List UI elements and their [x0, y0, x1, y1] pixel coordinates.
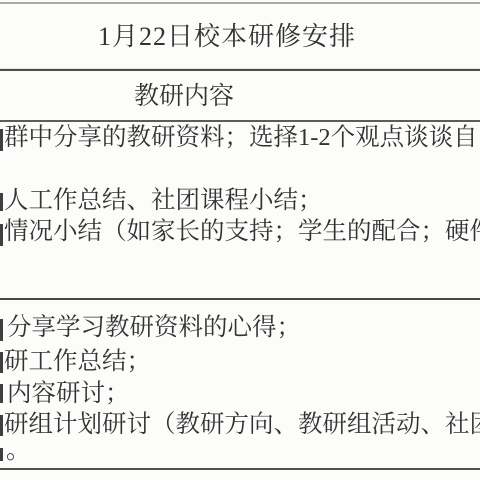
clipped-char-fragment [0, 352, 3, 373]
divider-bottom [0, 468, 480, 470]
clipped-char-fragment [0, 319, 3, 341]
clipped-char-fragment [0, 384, 3, 403]
clipped-char-fragment [0, 224, 3, 246]
row2-line5-period: 。 [6, 438, 31, 464]
divider-under-header [0, 120, 480, 122]
row2-line4: 研组计划研讨（教研方向、教研组活动、社团 [4, 412, 480, 438]
row1-line1: 群中分享的教研资料；选择1-2个观点谈谈自 [4, 125, 478, 151]
clipped-char-fragment [0, 129, 3, 151]
document-table-crop: 1月22日校本研修安排 教研内容 群中分享的教研资料；选择1-2个观点谈谈自 人… [0, 0, 480, 480]
clipped-char-fragment [0, 193, 3, 211]
row2-line2: 研工作总结； [4, 349, 151, 375]
column-header-research-content: 教研内容 [134, 84, 234, 110]
page-title: 1月22日校本研修安排 [0, 23, 454, 52]
row1-line3: 情况小结（如家长的支持；学生的配合；硬件 [4, 219, 480, 245]
row1-line2: 人工作总结、社团课程小结； [4, 188, 323, 214]
divider-between-rows [0, 298, 480, 300]
divider-under-title [0, 68, 480, 71]
clipped-char-fragment [0, 415, 3, 436]
divider-top [0, 2, 480, 4]
row2-line3: 内容研讨； [7, 381, 130, 407]
clipped-char-fragment [0, 448, 3, 461]
row2-line1: 分享学习教研资料的心得； [7, 315, 301, 341]
